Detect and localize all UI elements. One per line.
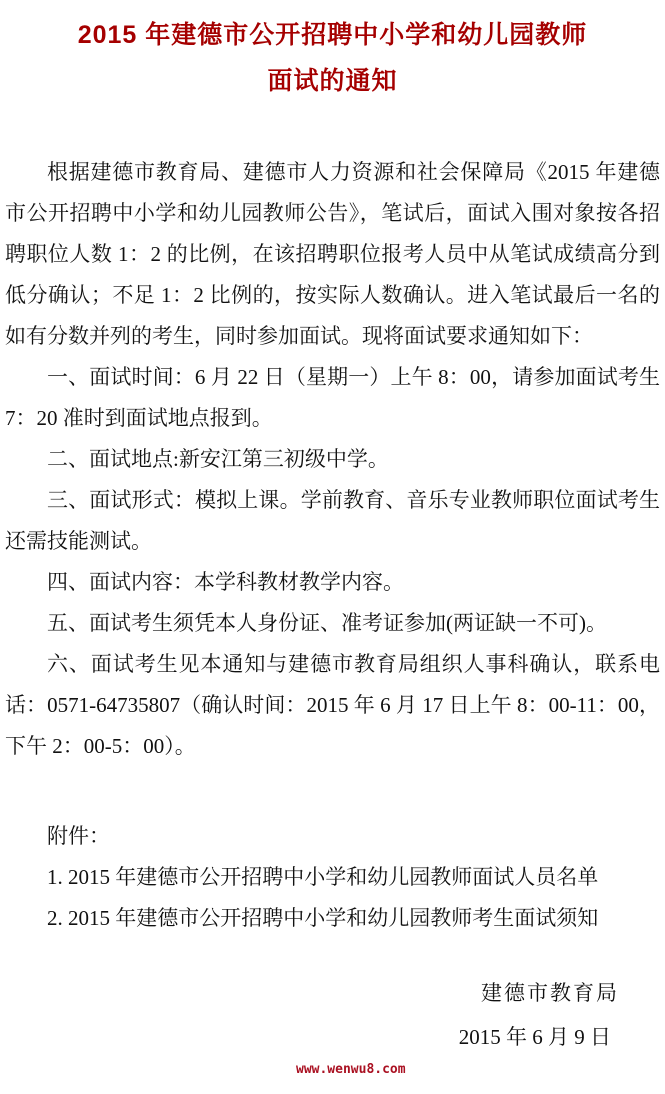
paragraph-interview-location: 二、面试地点:新安江第三初级中学。 — [5, 439, 660, 480]
paragraph-intro: 根据建德市教育局、建德市人力资源和社会保障局《2015 年建德市公开招聘中小学和… — [5, 152, 660, 357]
paragraph-required-documents: 五、面试考生须凭本人身份证、准考证参加(两证缺一不可)。 — [5, 603, 660, 644]
paragraph-confirmation-contact: 六、面试考生见本通知与建德市教育局组织人事科确认，联系电话：0571-64735… — [5, 644, 660, 767]
paragraph-interview-format: 三、面试形式：模拟上课。学前教育、音乐专业教师职位面试考生还需技能测试。 — [5, 480, 660, 562]
attachment-item-2: 2. 2015 年建德市公开招聘中小学和幼儿园教师考生面试须知 — [5, 898, 660, 939]
document-page: 2015 年建德市公开招聘中小学和幼儿园教师 面试的通知 根据建德市教育局、建德… — [0, 0, 665, 1094]
document-title: 2015 年建德市公开招聘中小学和幼儿园教师 面试的通知 — [0, 0, 665, 100]
attachment-item-1: 1. 2015 年建德市公开招聘中小学和幼儿园教师面试人员名单 — [5, 857, 660, 898]
document-body: 根据建德市教育局、建德市人力资源和社会保障局《2015 年建德市公开招聘中小学和… — [0, 152, 665, 767]
attachments-label: 附件： — [5, 816, 660, 857]
title-line-1: 2015 年建德市公开招聘中小学和幼儿园教师 — [0, 16, 665, 54]
watermark-link[interactable]: www.wenwu8.com — [296, 1062, 406, 1077]
paragraph-interview-content: 四、面试内容：本学科教材教学内容。 — [5, 562, 660, 603]
title-line-2: 面试的通知 — [0, 62, 665, 100]
signature-date: 2015 年 6 月 9 日 — [0, 1015, 665, 1059]
signature-block: 建德市教育局 2015 年 6 月 9 日 — [0, 971, 665, 1059]
paragraph-interview-time: 一、面试时间：6 月 22 日（星期一）上午 8：00，请参加面试考生 7：20… — [5, 357, 660, 439]
attachments-section: 附件： 1. 2015 年建德市公开招聘中小学和幼儿园教师面试人员名单 2. 2… — [0, 816, 665, 939]
signature-organization: 建德市教育局 — [0, 971, 665, 1015]
